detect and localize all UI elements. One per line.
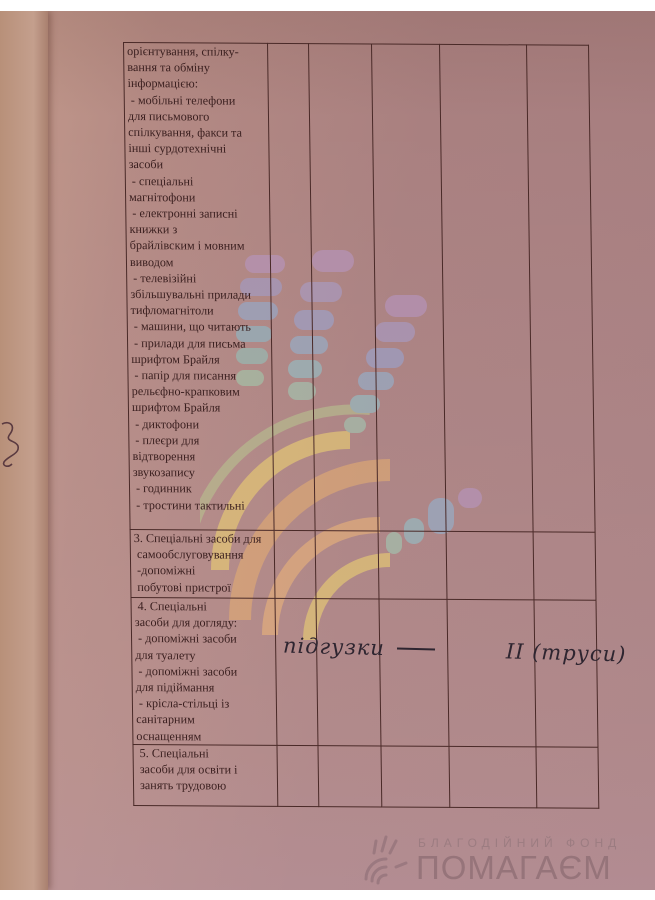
label-line: - годинник [133, 481, 273, 498]
label-line: засоби для освіти і [137, 761, 277, 778]
table-row: орієнтування, спілку- вання та обміну ін… [124, 43, 596, 533]
spacer [446, 657, 498, 658]
table-cell [440, 44, 534, 532]
handwritten-note-quantity: ІІ (труси) [506, 639, 627, 666]
row-label-education: 5. Спеціальні засоби для освіти і занять… [133, 744, 278, 806]
handwritten-dash [397, 647, 435, 650]
label-line: - допоміжні засоби [135, 663, 275, 680]
label-line: збільшувальні прилади [130, 286, 270, 303]
table-cell [315, 531, 379, 599]
assistive-means-table-wrapper: орієнтування, спілку- вання та обміну ін… [123, 42, 599, 809]
table-cell [534, 600, 598, 747]
label-line: - мобільні телефони [128, 92, 268, 109]
label-line: орієнтування, спілку- [127, 43, 267, 60]
table-cell [268, 43, 316, 530]
label-line: - спеціальні [129, 173, 269, 190]
label-line: - тростини тактильні [133, 497, 273, 514]
label-line: оснащенням [136, 728, 276, 745]
table-cell [309, 44, 379, 531]
label-line: спілкування, факси та [128, 124, 268, 141]
label-line: побутові пристрої [134, 579, 274, 596]
label-line: вання та обміну [127, 59, 267, 76]
label-line: рельєфно-крапковим [132, 383, 272, 400]
label-line: інші сурдотехнічні [128, 140, 268, 157]
watermark-subtitle: БЛАГОДІЙНИЙ ФОНД [418, 836, 621, 850]
table-cell [533, 532, 596, 600]
label-line: виводом [130, 254, 270, 271]
table-cell [318, 745, 382, 806]
label-line: засоби для догляду: [135, 614, 275, 631]
label-line: шрифтом Брайля [131, 351, 271, 368]
label-line: інформацією: [127, 75, 267, 92]
table-cell [446, 531, 534, 600]
table-row: 4. Спеціальні засоби для догляду: - допо… [131, 598, 598, 748]
label-line: - електронні записні [129, 205, 269, 222]
label-line: звукозапису [133, 464, 273, 481]
label-line: 3. Спеціальні засоби для [134, 530, 274, 547]
table-cell [274, 530, 316, 598]
table-cell [378, 531, 447, 599]
table-cell [277, 745, 319, 806]
label-line: - телевізійні [130, 270, 270, 287]
label-line: магнітофони [129, 189, 269, 206]
label-line: книжки з [129, 221, 269, 238]
table-row: 3. Спеціальні засоби для самообслуговува… [130, 530, 596, 601]
label-line: - диктофони [132, 416, 272, 433]
row-label-care: 4. Спеціальні засоби для догляду: - допо… [131, 598, 277, 746]
label-line: 5. Спеціальні [136, 745, 276, 762]
label-line: - папір для писання [131, 367, 271, 384]
label-line: - допоміжні засоби [135, 630, 275, 647]
assistive-means-table: орієнтування, спілку- вання та обміну ін… [123, 42, 599, 809]
watermark-name: ПОМАГАЄМ [416, 849, 612, 887]
label-line: -допоміжні [134, 562, 274, 579]
label-line: - плеєри для [132, 432, 272, 449]
label-line: санітарним [136, 711, 276, 728]
table-cell [447, 599, 536, 746]
label-line: засоби [129, 156, 269, 173]
table-row: 5. Спеціальні засоби для освіти і занять… [133, 744, 599, 808]
table-cell [527, 45, 596, 532]
label-line: для підіймання [136, 679, 276, 696]
hand-print-icon [360, 833, 412, 885]
label-line: занять трудовою [137, 777, 277, 794]
label-line: - крісла-стільці із [136, 695, 276, 712]
label-line: - прилади для письма [131, 335, 271, 352]
signature-scribble-icon [0, 416, 22, 471]
table-cell [372, 44, 447, 531]
row-label-communication: орієнтування, спілку- вання та обміну ін… [124, 43, 275, 531]
label-line: 4. Спеціальні [135, 598, 275, 615]
table-cell [536, 747, 599, 808]
label-line: для письмового [128, 108, 268, 125]
label-line: шрифтом Брайля [132, 399, 272, 416]
label-line: для туалету [135, 647, 275, 664]
table-cell [379, 599, 449, 746]
table-cell [275, 598, 318, 745]
label-line: - машини, що читають [131, 318, 271, 335]
label-line: відтворення [132, 448, 272, 465]
handwritten-note-item: підгузки [283, 634, 385, 661]
label-line: тифломагнітоли [131, 302, 271, 319]
row-label-self-service: 3. Спеціальні засоби для самообслуговува… [130, 530, 275, 599]
label-line: брайлівским і мовним [130, 237, 270, 254]
table-cell [381, 746, 450, 807]
table-cell [316, 599, 381, 746]
table-cell [449, 746, 537, 808]
label-line: самообслуговування [134, 546, 274, 563]
